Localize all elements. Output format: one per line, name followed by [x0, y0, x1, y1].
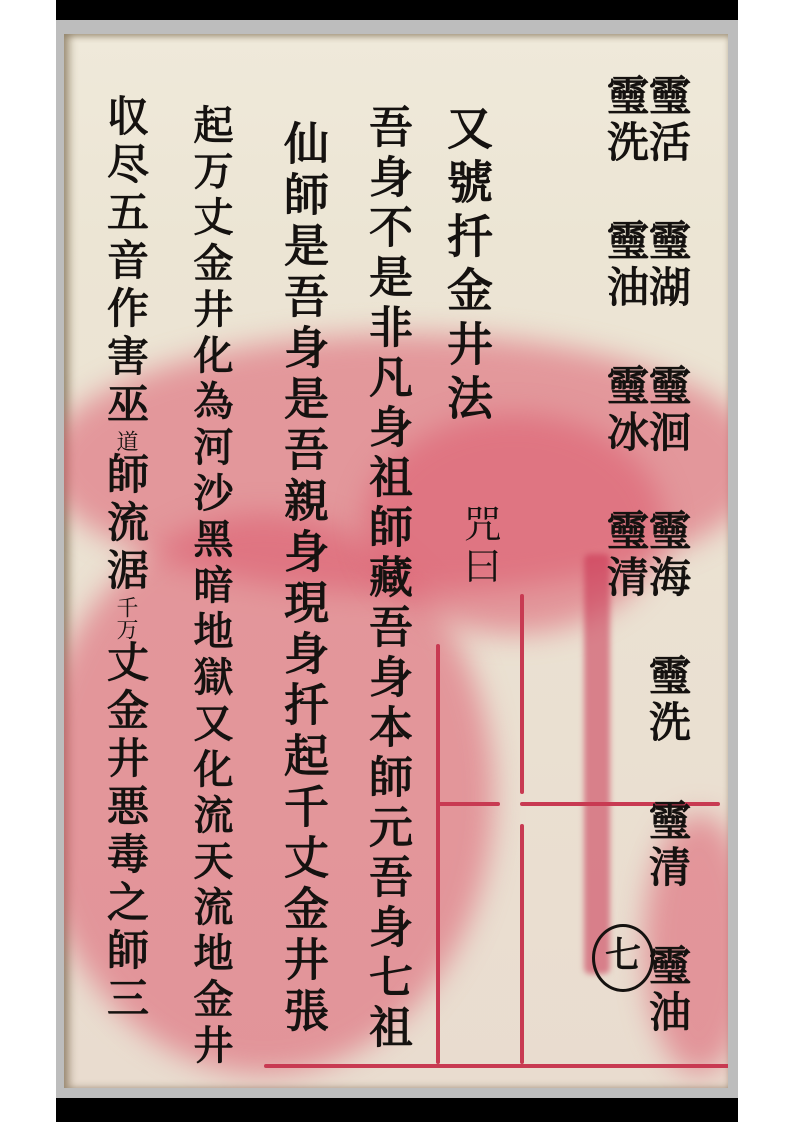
column-4: 仙師是吾身是吾親身現身扦起千丈金井張: [280, 120, 325, 1038]
glyph-pair: 𩆜洗: [604, 74, 646, 166]
glyph-pair: 𩆜洗: [646, 654, 688, 746]
top-black-bar: [56, 0, 738, 20]
annotation: 道: [113, 430, 138, 452]
glyph-pair: 𩆜活: [646, 74, 688, 166]
glyph-pair: 𩆜冰: [604, 364, 646, 456]
glyph-pair: 𩆜海: [646, 509, 688, 601]
glyph-pair: 𩆜油: [604, 219, 646, 311]
column-6: 収尽五音作害巫道師流涺千万丈金井悪毒之師三: [104, 94, 146, 1024]
column-5: 起万丈金井化為河沙黑暗地獄又化流天流地金井: [190, 104, 230, 1070]
annotation: 千万: [113, 596, 138, 640]
red-rule-line: [436, 644, 440, 1064]
glyph-pair: 𩆜清: [604, 509, 646, 601]
glyph-pair: 𩆜湖: [646, 219, 688, 311]
column-3: 吾身不是非凡身祖師藏吾身本師元吾身七祖: [364, 104, 408, 1054]
bottom-black-bar: [56, 1098, 738, 1122]
manuscript-page: 𩆜活 𩆜湖 𩆜洄 𩆜海 𩆜洗 𩆜清 𩆜油 𩆜洗 𩆜油 𩆜冰 𩆜清 七 又號扦金井…: [64, 34, 728, 1088]
column-2-title: 又號扦金井法: [444, 104, 490, 428]
red-rule-line: [436, 802, 500, 806]
glyph-pair: 𩆜洄: [646, 364, 688, 456]
red-rule-line: [520, 594, 524, 794]
red-rule-line: [520, 824, 524, 1064]
glyph-pair: 𩆜清: [646, 799, 688, 891]
page-number-circle: 七: [592, 924, 654, 992]
column-2-subtitle: 咒曰: [460, 504, 498, 588]
